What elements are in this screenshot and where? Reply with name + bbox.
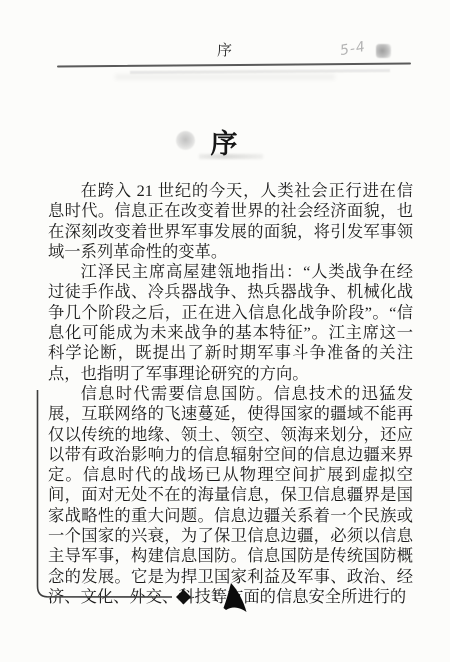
- scanned-book-page: 序 5-4 序 在跨入 21 世纪的今天，人类社会正行进在信息时代。信息正在改变…: [0, 0, 450, 662]
- paragraph: 在跨入 21 世纪的今天，人类社会正行进在信息时代。信息正在改变着世界的社会经济…: [48, 181, 413, 262]
- paragraph: 江泽民主席高屋建瓴地指出：“人类战争在经过徒手作战、冷兵器战争、热兵器战争、机械…: [48, 262, 413, 384]
- ink-bleed-smudge: [115, 74, 335, 80]
- corner-shadow-triangle: [224, 583, 247, 612]
- margin-fold-line: [38, 390, 173, 597]
- footer-scan-artifacts: [0, 378, 270, 643]
- header-rule-ghost-line: [130, 69, 390, 73]
- title-underline-smudge: [199, 154, 263, 159]
- diamond-ornament: [176, 590, 191, 605]
- page-number: 1: [205, 589, 225, 606]
- ink-smudge-blob: [376, 44, 391, 58]
- header-rule: [57, 62, 411, 67]
